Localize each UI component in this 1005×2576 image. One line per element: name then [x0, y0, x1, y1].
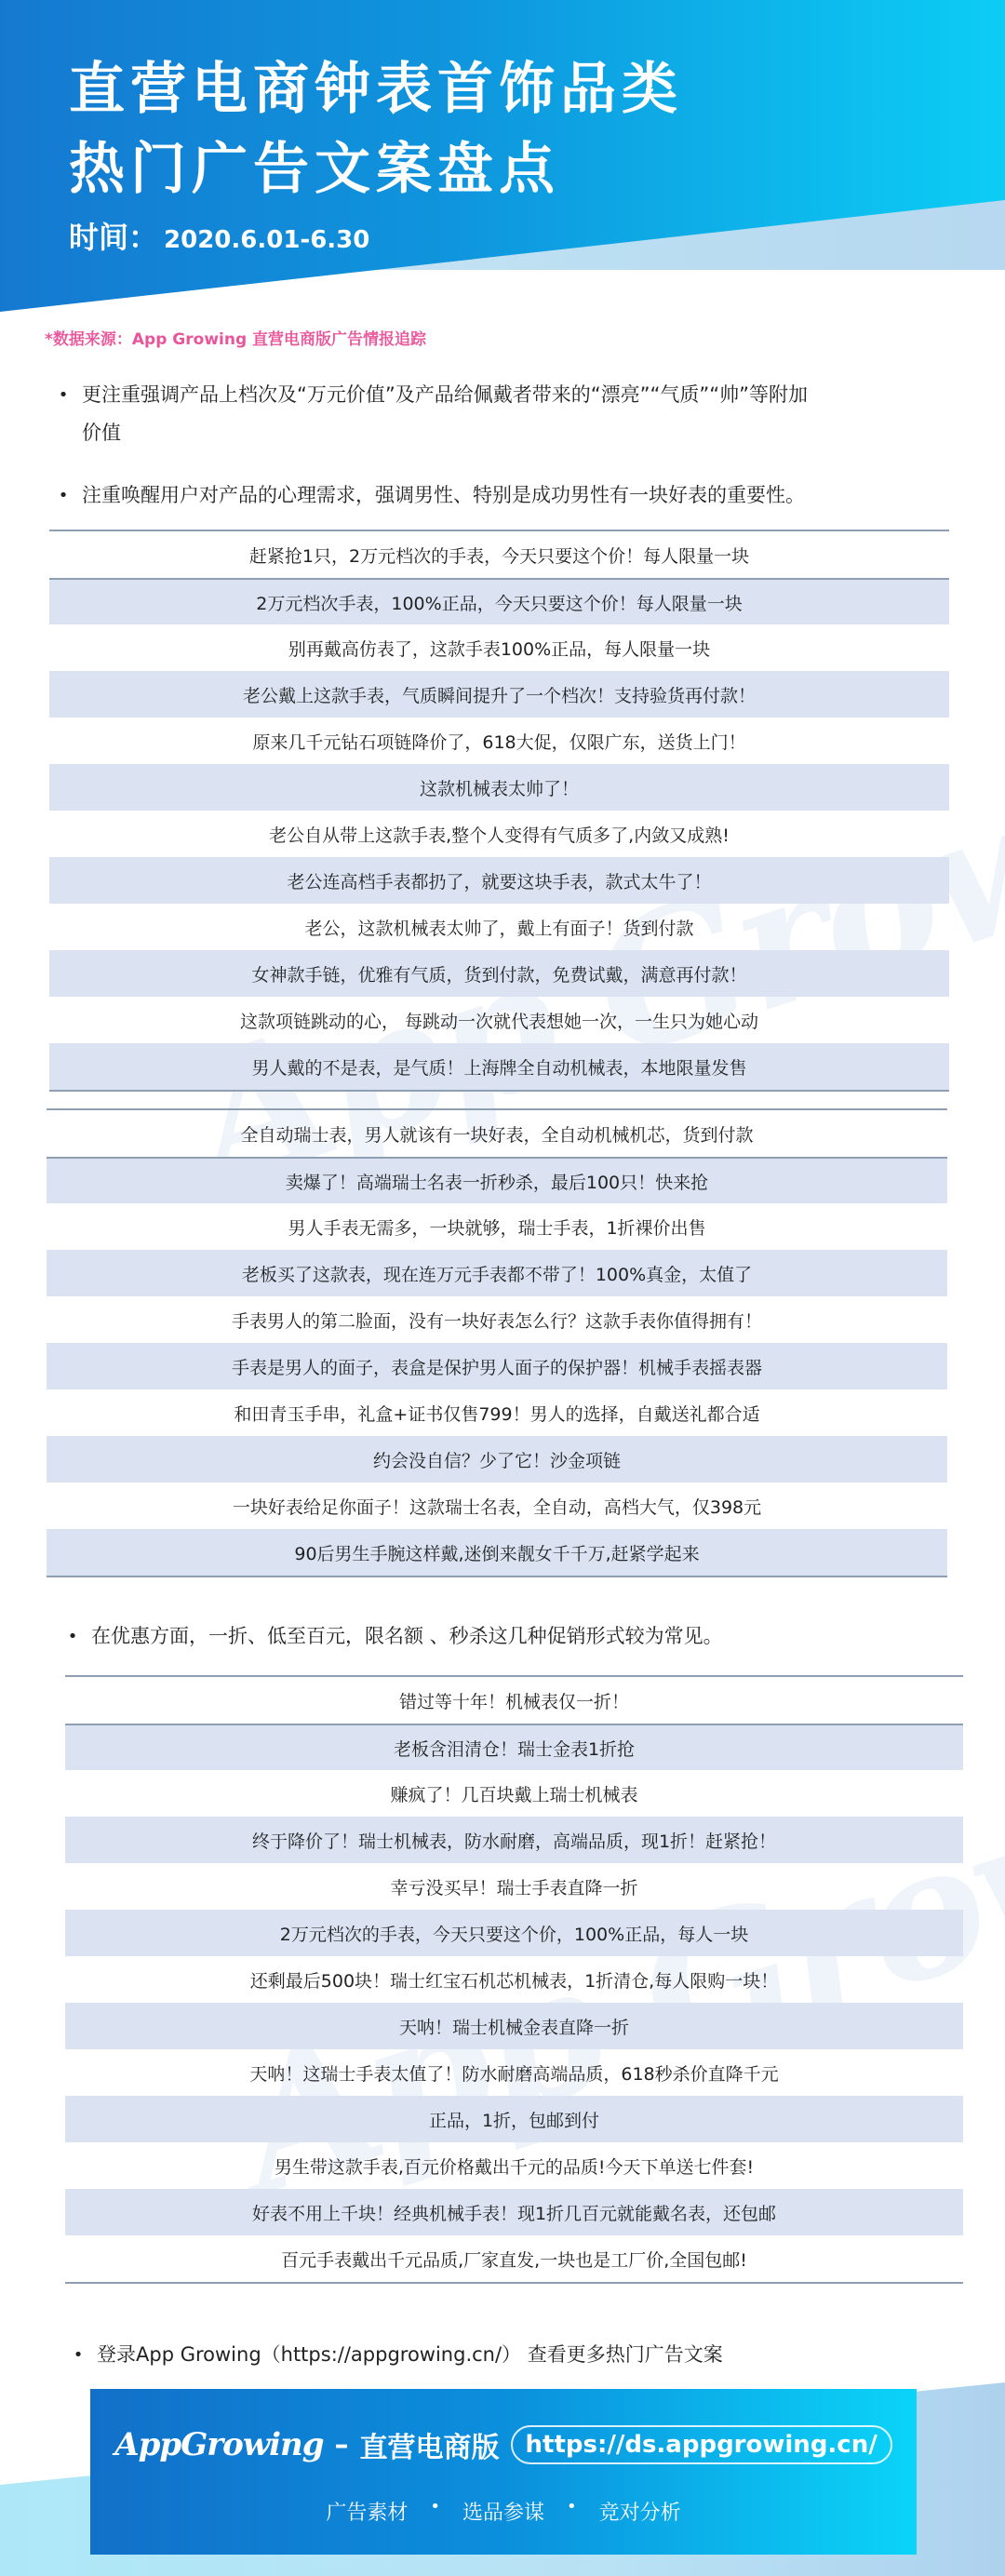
bullet-text-continued: 价值 [82, 414, 808, 452]
table-row: 幸亏没买早！瑞士手表直降一折 [65, 1863, 963, 1910]
feature-competitor-analysis: 竞对分析 [599, 2497, 681, 2526]
bullet-text: 注重唤醒用户对产品的心理需求，强调男性、特别是成功男性有一块好表的重要性。 [82, 476, 805, 515]
table-row: 一块好表给足你面子！这款瑞士名表，全自动，高档大气，仅398元 [47, 1483, 947, 1529]
table-row: 全自动瑞士表，男人就该有一块好表，全自动机械机芯，货到付款 [47, 1110, 947, 1157]
separator-dot-icon: • [567, 2497, 577, 2526]
table-row: 百元手表戴出千元品质,厂家直发,一块也是工厂价,全国包邮! [65, 2235, 963, 2282]
bullet-text: 更注重强调产品上档次及“万元价值”及产品给佩戴者带来的“漂亮”“气质”“帅”等附… [82, 376, 808, 414]
table-row: 老公连高档手表都扔了，就要这块手表，款式太牛了！ [49, 857, 949, 904]
table-row: 终于降价了！瑞士机械表，防水耐磨，高端品质，现1折！赶紧抢！ [65, 1817, 963, 1863]
table-row: 赶紧抢1只，2万元档次的手表，今天只要这个价！每人限量一块 [49, 531, 949, 578]
ad-copy-table-1: 赶紧抢1只，2万元档次的手表，今天只要这个价！每人限量一块 2万元档次手表，10… [49, 530, 949, 1092]
table-row: 老板含泪清仓！瑞士金表1折抢 [65, 1724, 963, 1770]
table-row: 约会没自信？少了它！沙金项链 [47, 1436, 947, 1483]
bullet-dot-icon: • [60, 2336, 97, 2374]
time-label: 时间： [69, 214, 158, 257]
data-source-note: *数据来源：App Growing 直营电商版广告情报追踪 [45, 326, 426, 349]
table-row: 正品，1折，包邮到付 [65, 2096, 963, 2142]
table-row: 卖爆了！高端瑞士名表一折秒杀，最后100只！快来抢 [47, 1157, 947, 1203]
separator-dot-icon: • [430, 2497, 440, 2526]
table-row: 女神款手链，优雅有气质，货到付款，免费试戴，满意再付款！ [49, 950, 949, 997]
bullet-dot-icon: • [54, 1617, 91, 1656]
bullet-point: • 注重唤醒用户对产品的心理需求，强调男性、特别是成功男性有一块好表的重要性。 [45, 476, 966, 515]
table-row: 90后男生手腕这样戴,迷倒来靓女千千万,赶紧学起来 [47, 1529, 947, 1576]
ad-copy-table-3: 错过等十年！机械表仅一折！ 老板含泪清仓！瑞士金表1折抢 赚疯了！几百块戴上瑞士… [65, 1675, 963, 2284]
ad-copy-table-2: 全自动瑞士表，男人就该有一块好表，全自动机械机芯，货到付款 卖爆了！高端瑞士名表… [47, 1108, 947, 1577]
table-row: 手表男人的第二脸面，没有一块好表怎么行？这款手表你值得拥有！ [47, 1296, 947, 1343]
table-row: 男人戴的不是表，是气质！上海牌全自动机械表，本地限量发售 [49, 1043, 949, 1090]
banner-product-name: 直营电商版 [360, 2424, 500, 2465]
bullet-dot-icon: • [45, 476, 82, 515]
feature-ad-materials: 广告素材 [326, 2497, 408, 2526]
bullet-text: 在优惠方面，一折、低至百元，限名额 、秒杀这几种促销形式较为常见。 [91, 1617, 723, 1656]
table-row: 2万元档次的手表，今天只要这个价，100%正品，每人一块 [65, 1910, 963, 1956]
bullet-dot-icon: • [45, 376, 82, 452]
table-row: 好表不用上千块！经典机械手表！现1折几百元就能戴名表，还包邮 [65, 2189, 963, 2235]
banner-dash: – [335, 2429, 349, 2462]
table-row: 赚疯了！几百块戴上瑞士机械表 [65, 1770, 963, 1817]
table-row: 老公戴上这款手表，气质瞬间提升了一个档次！支持验货再付款！ [49, 671, 949, 718]
table-row: 天呐！这瑞士手表太值了！防水耐磨高端品质，618秒杀价直降千元 [65, 2049, 963, 2096]
table-row: 老公，这款机械表太帅了，戴上有面子！货到付款 [49, 904, 949, 950]
table-row: 2万元档次手表，100%正品，今天只要这个价！每人限量一块 [49, 578, 949, 624]
banner-headline: AppGrowing – 直营电商版 https://ds.appgrowing… [90, 2424, 917, 2465]
bullet-point: • 登录App Growing（https://appgrowing.cn/） … [60, 2336, 971, 2374]
table-row: 原来几千元钻石项链降价了，618大促，仅限广东，送货上门！ [49, 718, 949, 764]
table-row: 天呐！瑞士机械金表直降一折 [65, 2003, 963, 2049]
time-range: 时间： 2020.6.01-6.30 [69, 214, 369, 257]
table-row: 和田青玉手串，礼盒+证书仅售799！男人的选择，自戴送礼都合适 [47, 1389, 947, 1436]
table-row: 这款项链跳动的心， 每跳动一次就代表想她一次，一生只为她心动 [49, 997, 949, 1043]
appgrowing-logo: AppGrowing [114, 2426, 323, 2463]
table-row: 这款机械表太帅了！ [49, 764, 949, 811]
feature-product-selection: 选品参谋 [462, 2497, 544, 2526]
appgrowing-promo-banner[interactable]: AppGrowing – 直营电商版 https://ds.appgrowing… [90, 2389, 917, 2555]
time-value: 2020.6.01-6.30 [164, 226, 369, 254]
table-row: 还剩最后500块！瑞士红宝石机芯机械表，1折清仓,每人限购一块！ [65, 1956, 963, 2003]
page-title-line2: 热门广告文案盘点 [69, 125, 906, 205]
appgrowing-link-text[interactable]: 登录App Growing（https://appgrowing.cn/） 查看… [97, 2336, 723, 2374]
table-row: 老公自从带上这款手表,整个人变得有气质多了,内敛又成熟! [49, 811, 949, 857]
table-row: 老板买了这款表，现在连万元手表都不带了！100%真金，太值了 [47, 1250, 947, 1296]
table-row: 别再戴高仿表了，这款手表100%正品，每人限量一块 [49, 624, 949, 671]
banner-url-link[interactable]: https://ds.appgrowing.cn/ [511, 2425, 892, 2464]
table-row: 错过等十年！机械表仅一折！ [65, 1677, 963, 1724]
table-row: 手表是男人的面子，表盒是保护男人面子的保护器！机械手表摇表器 [47, 1343, 947, 1389]
table-row: 男生带这款手表,百元价格戴出千元的品质!今天下单送七件套! [65, 2142, 963, 2189]
banner-features: 广告素材 • 选品参谋 • 竞对分析 [90, 2497, 917, 2526]
bullet-point: • 更注重强调产品上档次及“万元价值”及产品给佩戴者带来的“漂亮”“气质”“帅”… [45, 376, 966, 452]
table-row: 男人手表无需多，一块就够，瑞士手表，1折裸价出售 [47, 1203, 947, 1250]
page-title-line1: 直营电商钟表首饰品类 [69, 45, 906, 125]
bullet-point: • 在优惠方面，一折、低至百元，限名额 、秒杀这几种促销形式较为常见。 [54, 1617, 975, 1656]
